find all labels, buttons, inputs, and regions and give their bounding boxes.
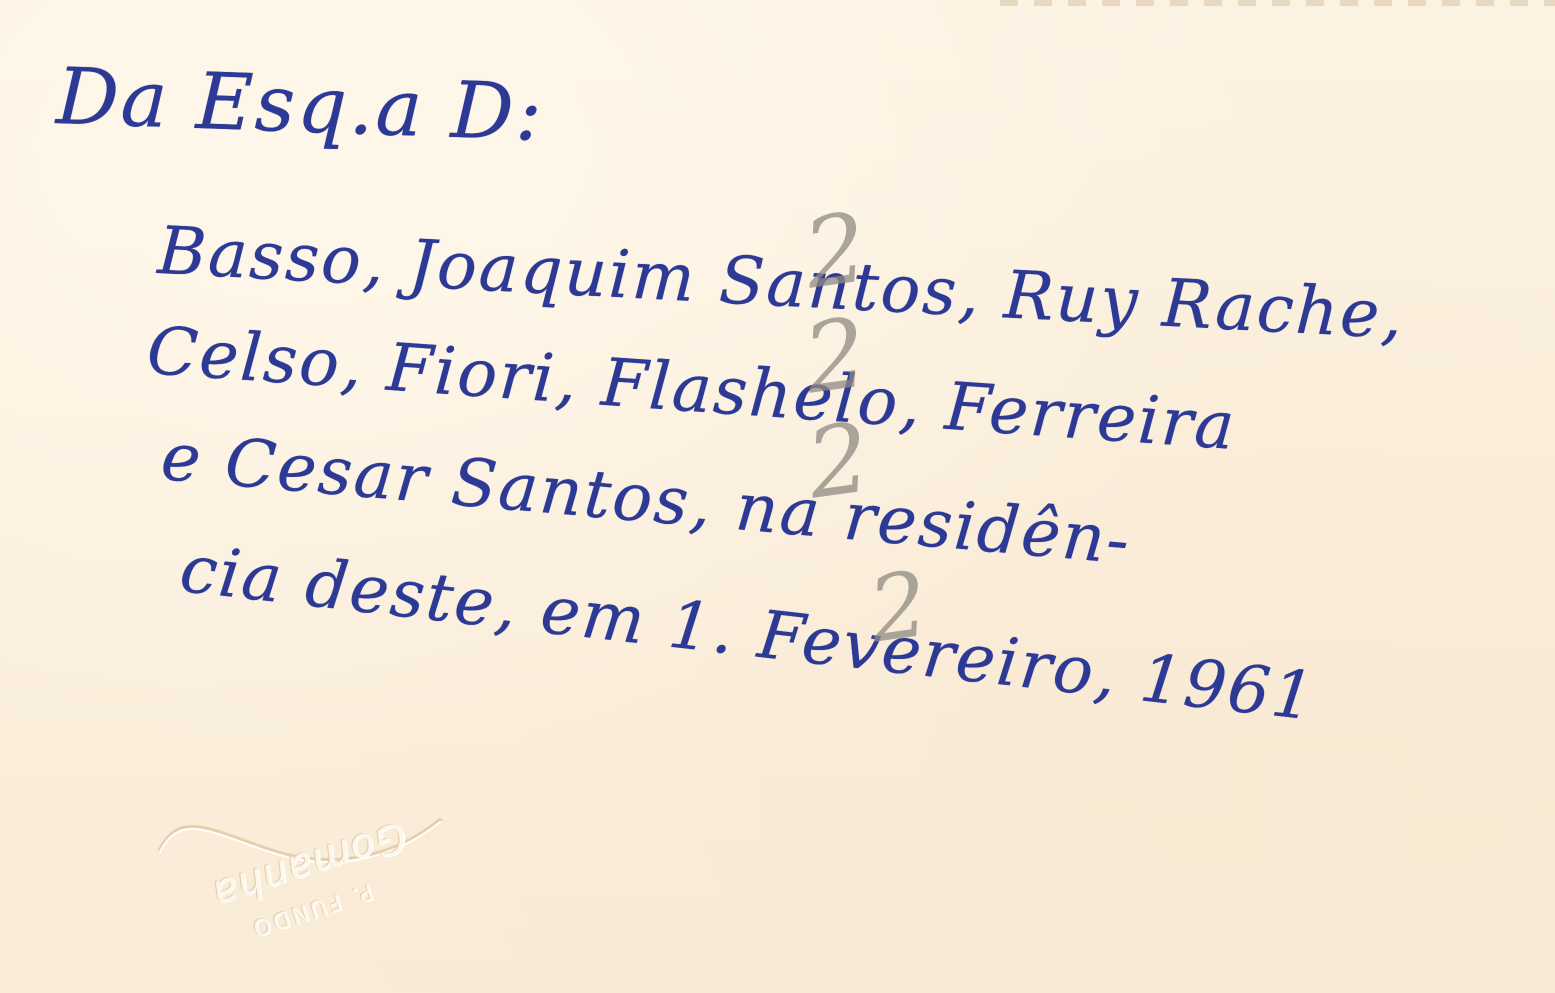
- card-top-edge: [1000, 0, 1555, 6]
- handwritten-line-4: cia deste, em 1. Fevereiro, 1961: [176, 530, 1320, 736]
- embossed-photographer-stamp: Gomanha P. FUNDO: [150, 770, 450, 930]
- handwritten-heading: Da Esq.a D:: [55, 52, 545, 159]
- photo-back-card: Da Esq.a D: Basso, Joaquim Santos, Ruy R…: [0, 0, 1555, 993]
